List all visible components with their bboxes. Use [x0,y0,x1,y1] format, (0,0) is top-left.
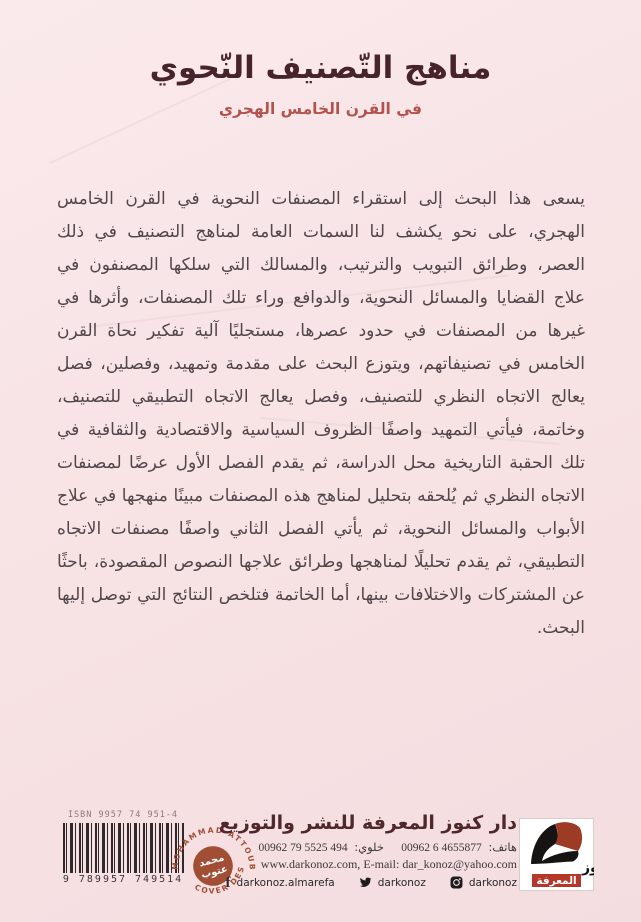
instagram-handle: darkonoz [469,877,517,889]
book-subtitle: في القرن الخامس الهجري [0,100,641,118]
facebook-handle: darkonoz.almarefa [237,877,335,889]
instagram-icon [450,876,463,889]
email-label: E-mail: [363,857,399,871]
phone-label: هاتف: [488,840,517,854]
mobile-number: 00962 79 5525 494 [258,842,347,854]
email-address: dar_konoz@yahoo.com [402,857,517,871]
facebook-icon: f [226,878,231,888]
publisher-logo: ـــنوز المعرفة [519,818,594,895]
phone-number: 00962 6 4655877 [401,842,482,854]
logo-band-text: المعرفة [536,875,576,887]
barcode-number: 9 789957 749514 [60,874,186,885]
book-back-cover: مناهج التّصنيف النّحوي في القرن الخامس ا… [0,0,641,922]
twitter-handle: darkonoz [378,877,426,889]
publisher-name: دار كنوز المعرفة للنشر والتوزيع [197,812,517,834]
isbn-label: ISBN 9957 74 951-4 [60,810,186,820]
website-url: www.darkonoz.com, [261,857,361,871]
social-row: f darkonoz.almarefa darkonoz darkonoz [197,876,517,889]
publisher-contact-block: دار كنوز المعرفة للنشر والتوزيع هاتف: 00… [197,812,517,889]
scan-crease [49,78,231,164]
website-row: www.darkonoz.com, E-mail: dar_konoz@yaho… [197,857,517,872]
phone-row: هاتف: 00962 6 4655877 خلوي: 00962 79 552… [197,840,517,854]
publisher-logo-graphic: ـــنوز المعرفة [519,818,594,891]
back-cover-summary: يسعى هذا البحث إلى استقراء المصنفات النح… [57,183,585,645]
twitter-icon [359,876,372,889]
mobile-label: خلوي: [354,840,384,854]
book-title: مناهج التّصنيف النّحوي [0,50,641,86]
logo-name-text: ـــنوز [581,860,594,876]
